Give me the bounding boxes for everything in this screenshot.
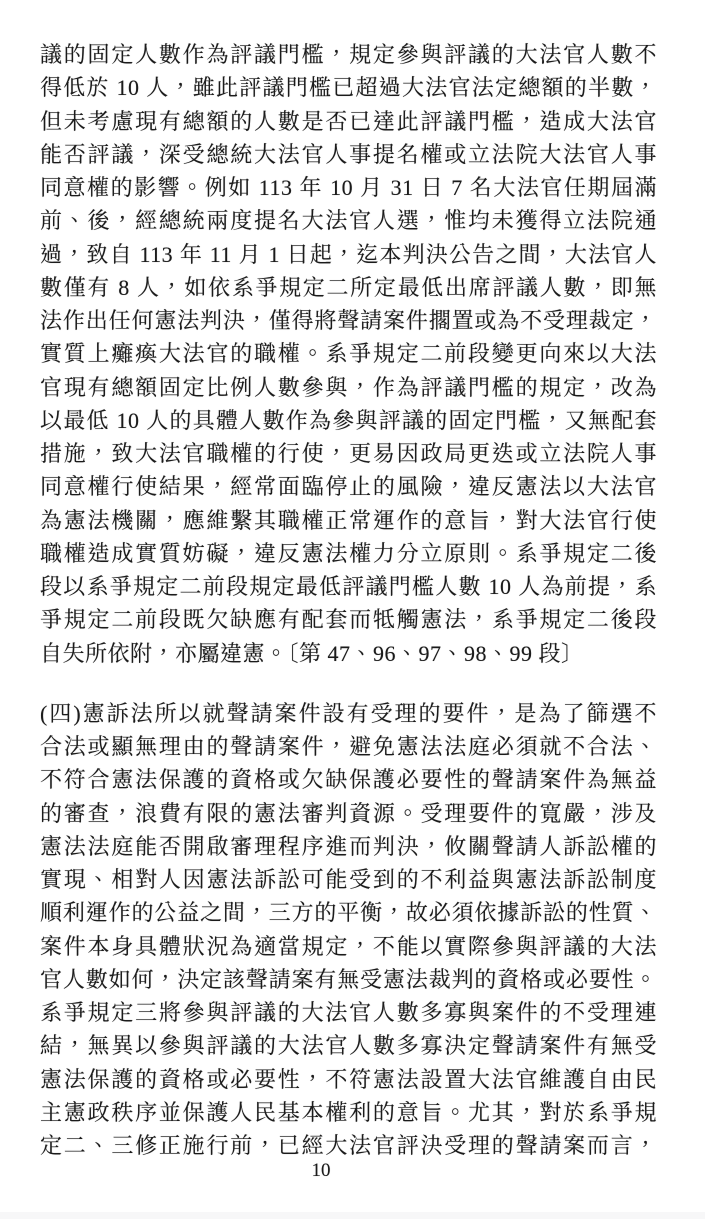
text-line: 憲法法庭能否開啟審理程序進而判決，攸關聲請人訴訟權的 <box>40 830 657 863</box>
document-page: 議的固定人數作為評議門檻，規定參與評議的大法官人數不得低於 10 人，雖此評議門… <box>0 0 705 1219</box>
text-line: 數僅有 8 人，如依系爭規定二所定最低出席評議人數，即無 <box>40 271 657 304</box>
text-line: 但未考慮現有總額的人數是否已達此評議門檻，造成大法官 <box>40 105 657 138</box>
text-line: 能否評議，深受總統大法官人事提名權或立法院大法官人事 <box>40 138 657 171</box>
text-line: 以最低 10 人的具體人數作為參與評議的固定門檻，又無配套 <box>40 404 657 437</box>
text-line: 主憲政秩序並保護人民基本權利的意旨。尤其，對於系爭規 <box>40 1096 657 1129</box>
text-line: 段以系爭規定二前段規定最低評議門檻人數 10 人為前提，系 <box>40 570 657 603</box>
text-line: 憲法保護的資格或必要性，不符憲法設置大法官維護自由民 <box>40 1063 657 1096</box>
text-line: 前、後，經總統兩度提名大法官人選，惟均未獲得立法院通 <box>40 204 657 237</box>
text-line: 議的固定人數作為評議門檻，規定參與評議的大法官人數不 <box>40 38 657 71</box>
text-line: 過，致自 113 年 11 月 1 日起，迄本判決公告之間，大法官人 <box>40 238 657 271</box>
text-line: 同意權的影響。例如 113 年 10 月 31 日 7 名大法官任期屆滿 <box>40 171 657 204</box>
text-line: 法作出任何憲法判決，僅得將聲請案件擱置或為不受理裁定， <box>40 304 657 337</box>
text-line: 官人數如何，決定該聲請案有無受憲法裁判的資格或必要性。 <box>40 963 657 996</box>
page-number: 10 <box>281 1158 361 1184</box>
paragraph-item-4: (四)憲訴法所以就聲請案件設有受理的要件，是為了篩選不合法或顯無理由的聲請案件，… <box>40 697 657 1163</box>
text-line: 同意權行使結果，經常面臨停止的風險，違反憲法以大法官 <box>40 470 657 503</box>
text-line: 不符合憲法保護的資格或欠缺保護必要性的聲請案件為無益 <box>40 763 657 796</box>
text-line: (四)憲訴法所以就聲請案件設有受理的要件，是為了篩選不 <box>40 697 657 730</box>
text-line: 爭規定二前段既欠缺應有配套而牴觸憲法，系爭規定二後段 <box>40 603 657 636</box>
text-line: 官現有總額固定比例人數參與，作為評議門檻的規定，改為 <box>40 371 657 404</box>
scan-edge-artifact <box>0 1212 705 1219</box>
text-line: 合法或顯無理由的聲請案件，避免憲法法庭必須就不合法、 <box>40 730 657 763</box>
text-line: 職權造成實質妨礙，違反憲法權力分立原則。系爭規定二後 <box>40 537 657 570</box>
text-line: 自失所依附，亦屬違憲。〔第 47、96、97、98、99 段〕 <box>40 637 657 670</box>
text-line: 的審查，浪費有限的憲法審判資源。受理要件的寬嚴，涉及 <box>40 797 657 830</box>
paragraph-continuation: 議的固定人數作為評議門檻，規定參與評議的大法官人數不得低於 10 人，雖此評議門… <box>40 38 657 670</box>
text-line: 案件本身具體狀況為適當規定，不能以實際參與評議的大法 <box>40 930 657 963</box>
text-line: 系爭規定三將參與評議的大法官人數多寡與案件的不受理連 <box>40 996 657 1029</box>
text-line: 實質上癱瘓大法官的職權。系爭規定二前段變更向來以大法 <box>40 337 657 370</box>
text-line: 實現、相對人因憲法訴訟可能受到的不利益與憲法訴訟制度 <box>40 863 657 896</box>
text-line: 措施，致大法官職權的行使，更易因政局更迭或立法院人事 <box>40 437 657 470</box>
text-line: 結，無異以參與評議的大法官人數多寡決定聲請案件有無受 <box>40 1029 657 1062</box>
text-line: 順利運作的公益之間，三方的平衡，故必須依據訴訟的性質、 <box>40 896 657 929</box>
text-line: 得低於 10 人，雖此評議門檻已超過大法官法定總額的半數， <box>40 71 657 104</box>
text-line: 為憲法機關，應維繫其職權正常運作的意旨，對大法官行使 <box>40 504 657 537</box>
text-block: 議的固定人數作為評議門檻，規定參與評議的大法官人數不得低於 10 人，雖此評議門… <box>40 38 657 1162</box>
